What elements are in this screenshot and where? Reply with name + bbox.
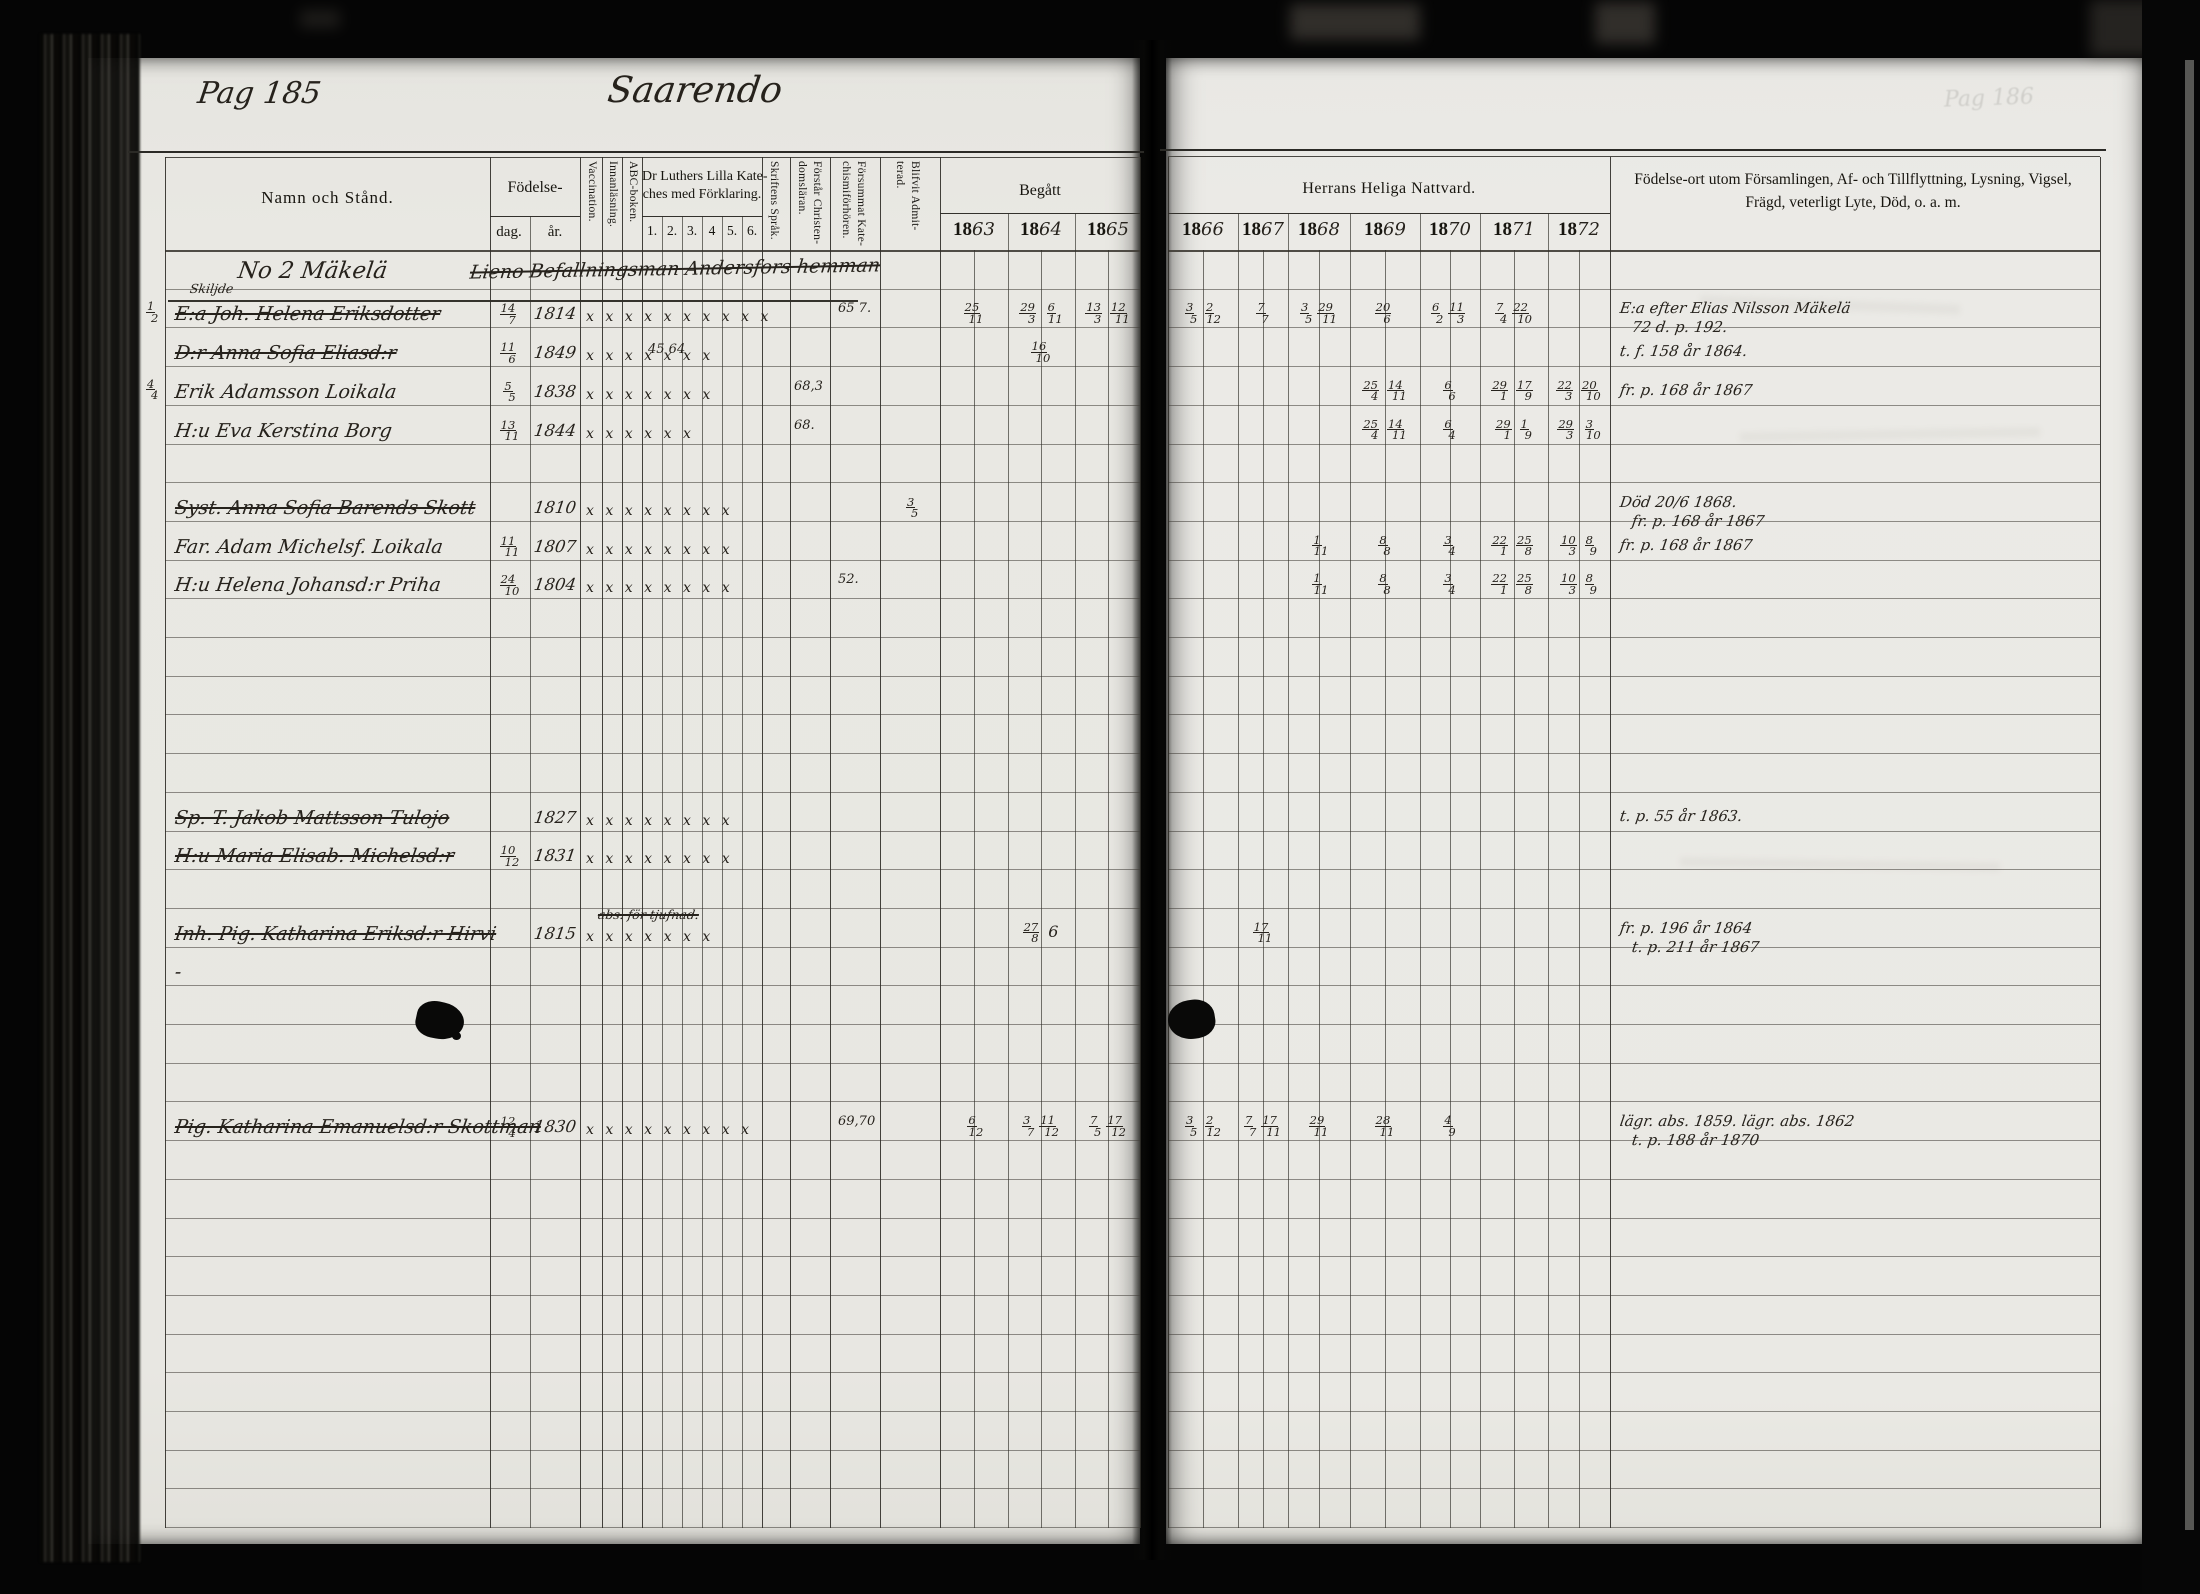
row-check-marks: xxxxxxxx [586, 503, 741, 519]
communion-cell-1872: 2232010 [1544, 380, 1614, 402]
row-check-marks: xxxxxx [586, 426, 702, 442]
row-birth-year: 1815 [533, 924, 578, 943]
communion-cell-1865: 751712 [1073, 1115, 1143, 1137]
rule-line [1168, 1508, 1610, 1509]
communion-cell-1871: 221258 [1479, 535, 1549, 557]
header-communion: Herrans Heliga Nattvard. [1168, 180, 1610, 198]
year-header: 1869 [1352, 219, 1418, 241]
row-birth-day: 116 [490, 342, 530, 364]
year-printed-prefix: 18 [1493, 219, 1512, 240]
rule-line [940, 889, 1140, 890]
rule-line [165, 985, 1140, 986]
year-header: 1864 [1008, 219, 1074, 241]
year-header: 1865 [1075, 219, 1141, 241]
rule-line [662, 216, 663, 1528]
row-name: Erik Adamsson Loikala [173, 381, 397, 403]
row-note: fr. p. 168 år 1867 [1619, 536, 1754, 554]
year-handwritten-suffix: 68 [1317, 219, 1340, 240]
communion-cell-1870: 34 [1415, 535, 1485, 557]
header-abc-book: ABC-boken. [625, 161, 640, 249]
rule-line [165, 157, 166, 1528]
rule-line [1168, 289, 2100, 290]
catechism-col-number: 3. [682, 223, 702, 239]
header-name-column: Namn och Stånd. [165, 188, 490, 208]
rule-line [1168, 598, 2100, 599]
rule-line [165, 1334, 1140, 1335]
row-birth-day: 1111 [490, 536, 530, 558]
year-handwritten-suffix: 65 [1106, 219, 1129, 240]
right-page [1166, 58, 2144, 1544]
rule-line [165, 1372, 1140, 1373]
rule-line [940, 618, 1140, 619]
rule-line [1350, 213, 1351, 1528]
row-birth-day: 1311 [490, 420, 530, 442]
rule-line [940, 734, 1140, 735]
rule-line [1168, 444, 2100, 445]
book-gutter [1132, 40, 1172, 1560]
scan-smudge [1595, 2, 1655, 44]
header-catechism: Dr Luthers Lilla Kate- ches med Förklari… [642, 168, 762, 204]
communion-cell-1871: 221258 [1479, 573, 1549, 595]
rule-line [940, 695, 1140, 696]
rule-line [165, 560, 1140, 561]
rule-line [165, 947, 1140, 948]
communion-cell-1872: 10389 [1544, 573, 1614, 595]
rule-line [1168, 1392, 1610, 1393]
rule-line [1168, 985, 2100, 986]
rule-line [940, 424, 1140, 425]
rule-line [580, 157, 581, 1528]
communion-cell-1869: 2811 [1350, 1115, 1420, 1137]
year-handwritten-suffix: 63 [972, 219, 995, 240]
rule-line [1168, 734, 1610, 735]
rule-line [1168, 1527, 2100, 1528]
rule-line [1168, 889, 1610, 890]
row-birth-day: 147 [490, 303, 530, 325]
group-heading: No 2 Mäkelä [236, 258, 389, 284]
rule-line [165, 869, 1140, 870]
rule-line [530, 216, 531, 1528]
rule-line [165, 1450, 1140, 1451]
rule-line [1168, 1334, 2100, 1335]
rule-line [165, 366, 1140, 367]
header-birth-year: år. [532, 224, 578, 241]
communion-cell-1870: 66 [1415, 380, 1485, 402]
rule-line [165, 598, 1140, 599]
rule-line [790, 157, 791, 1528]
rule-line [1168, 1082, 1610, 1083]
rule-line [940, 540, 1140, 541]
row-understands-year: 68,3 [794, 379, 823, 394]
rule-line [165, 1179, 1140, 1180]
rule-line [940, 1469, 1140, 1470]
village-title-script: Saarendo [605, 70, 785, 111]
rule-line [830, 157, 831, 1528]
rule-line [1168, 1411, 2100, 1412]
row-birth-year: 1831 [533, 846, 578, 865]
rule-line [1168, 250, 2100, 252]
rule-line [1168, 463, 1610, 464]
bleedthrough-page-number: Pag 186 [1944, 84, 2035, 112]
year-printed-prefix: 18 [1087, 219, 1106, 240]
row-note-line2: t. p. 188 år 1870 [1631, 1131, 1761, 1149]
year-printed-prefix: 18 [1429, 219, 1448, 240]
rule-line [1160, 149, 2106, 151]
year-handwritten-suffix: 67 [1261, 219, 1284, 240]
rule-line [1610, 157, 1611, 1528]
row-check-marks: xxxxxxxx [586, 542, 741, 558]
year-printed-prefix: 18 [953, 219, 972, 240]
row-check-marks: xxxxxxx [586, 387, 722, 403]
rule-line [1168, 753, 2100, 754]
rule-line [1385, 250, 1386, 1528]
rule-line [940, 1043, 1140, 1044]
rule-line [1263, 250, 1264, 1528]
row-name: Far. Adam Michelsf. Loikala [173, 536, 444, 558]
row-name: Inh. Pig. Katharina Eriksd:r Hirvi [173, 923, 497, 945]
row-birth-year: 1849 [533, 343, 578, 362]
rule-line [1203, 250, 1204, 1528]
rule-line [1238, 213, 1239, 1528]
rule-line [940, 269, 1140, 270]
rule-line [165, 1488, 1140, 1489]
communion-cell-1864: 293611 [1006, 302, 1076, 324]
header-admitted: Blifvit Admit- terad. [892, 161, 922, 249]
rule-line [1168, 1005, 1610, 1006]
year-printed-prefix: 18 [1242, 219, 1261, 240]
rule-line [1108, 250, 1109, 1528]
catechism-col-number: 1. [642, 223, 662, 239]
rule-line [1548, 213, 1549, 1528]
rule-line [1168, 502, 1610, 503]
row-birth-year: 1804 [533, 575, 578, 594]
rule-line [1168, 772, 1610, 773]
rule-line [165, 1218, 1140, 1219]
rule-line [940, 1430, 1140, 1431]
row-note: Död 20/6 1868. [1619, 493, 1738, 511]
rule-line [702, 216, 703, 1528]
year-printed-prefix: 18 [1298, 219, 1317, 240]
rule-line [940, 502, 1140, 503]
rule-line [1168, 1295, 2100, 1296]
rule-line [1168, 157, 1169, 1528]
communion-cell-1863: 612 [939, 1115, 1009, 1137]
rule-line [722, 216, 723, 1528]
row-neglected-note: 52. [838, 572, 859, 587]
rule-line [490, 216, 580, 217]
year-handwritten-suffix: 70 [1448, 219, 1471, 240]
rule-line [1168, 908, 2100, 909]
year-handwritten-suffix: 69 [1383, 219, 1406, 240]
year-printed-prefix: 18 [1020, 219, 1039, 240]
row-note-line2: fr. p. 168 år 1867 [1631, 512, 1766, 530]
rule-line [1168, 1063, 2100, 1064]
rule-line [165, 1024, 1140, 1025]
rule-line [165, 444, 1140, 445]
rule-line [165, 250, 1140, 252]
rule-line [1008, 213, 1009, 1528]
rule-line [940, 213, 1140, 214]
rule-line [165, 1527, 1140, 1528]
rule-line [165, 714, 1140, 715]
ink-speck [452, 1032, 461, 1040]
rule-line [682, 216, 683, 1528]
communion-cell-1867: 1711 [1228, 922, 1298, 944]
communion-cell-1869: 88 [1350, 535, 1420, 557]
rule-line [742, 216, 743, 1528]
year-printed-prefix: 18 [1182, 219, 1201, 240]
header-vaccination: Vaccination. [584, 161, 599, 249]
rule-line [940, 157, 941, 1528]
rule-line [1420, 213, 1421, 1528]
scan-edge-strip [2185, 60, 2194, 1530]
year-handwritten-suffix: 71 [1512, 219, 1535, 240]
row-extra-mark: 45 64 [648, 342, 685, 357]
rule-line [1168, 156, 2100, 157]
rule-line [1168, 347, 1610, 348]
row-name: Pig. Katharina Emanuelsd:r Skottman [173, 1116, 542, 1138]
rule-line [940, 1159, 1140, 1160]
page-stack-edge [40, 34, 140, 1562]
rule-line [165, 1295, 1140, 1296]
year-header: 1863 [941, 219, 1007, 241]
rule-line [1168, 1372, 2100, 1373]
rule-line [1168, 656, 1610, 657]
rule-line [1168, 1043, 1610, 1044]
header-birth-day: dag. [488, 224, 530, 241]
row-understands-year: 68. [794, 418, 815, 433]
communion-cell-1864: 2786 [1006, 922, 1076, 944]
row-prefix: Skiljde [189, 281, 235, 296]
margin-mark: 12 [144, 301, 174, 323]
rule-line [165, 637, 1140, 638]
header-birth: Födelse- [490, 179, 580, 197]
row-neglected-note: 65 7. [838, 301, 871, 316]
rule-line [1041, 250, 1042, 1528]
communion-cell-1870: 64 [1415, 419, 1485, 441]
row-note-line2: t. p. 211 år 1867 [1631, 938, 1761, 956]
rule-line [940, 772, 1140, 773]
rule-line [1168, 1469, 1610, 1470]
scan-smudge [300, 10, 340, 28]
row-note: E:a efter Elias Nilsson Mäkelä [1619, 299, 1852, 317]
rule-line [165, 1101, 1140, 1102]
rule-line [1168, 869, 2100, 870]
rule-line [1514, 250, 1515, 1528]
rule-line [165, 1140, 1140, 1141]
communion-cell-1868: 2911 [1284, 1115, 1354, 1137]
rule-line [1168, 1353, 1610, 1354]
row-note: fr. p. 168 år 1867 [1619, 381, 1754, 399]
rule-line [1140, 157, 1141, 1528]
scan-smudge [1290, 4, 1420, 40]
year-header: 1868 [1286, 219, 1352, 241]
rule-line [165, 327, 1140, 328]
rule-line [1168, 618, 1610, 619]
rule-line [165, 676, 1140, 677]
rule-line [940, 850, 1140, 851]
rule-line [940, 1508, 1140, 1509]
rule-line [165, 521, 1140, 522]
rule-line [974, 250, 975, 1528]
rule-line [940, 1198, 1140, 1199]
communion-cell-1864: 1610 [1006, 341, 1076, 363]
communion-cell-1869: 88 [1350, 573, 1420, 595]
communion-cell-1872: 293310 [1544, 419, 1614, 441]
row-note-line2: 72 d. p. 192. [1631, 318, 1729, 336]
rule-line [1168, 1314, 1610, 1315]
row-birth-year: 1810 [533, 498, 578, 517]
header-begatt: Begått [940, 182, 1140, 200]
row-note: t. f. 158 år 1864. [1619, 342, 1749, 360]
row-name: H:u Helena Johansd:r Priha [173, 574, 442, 596]
rule-line [940, 966, 1140, 967]
rule-line [940, 811, 1140, 812]
row-check-marks: xxxxxxx [586, 929, 722, 945]
rule-line [1168, 213, 1610, 214]
header-reading: Innanläsning. [605, 161, 620, 249]
rule-line [128, 151, 1144, 153]
rule-line [940, 1314, 1140, 1315]
row-birth-day: 1012 [490, 845, 530, 867]
communion-cell-1868: 111 [1284, 573, 1354, 595]
rule-line [1168, 1101, 2100, 1102]
rule-line [165, 289, 1140, 290]
row-name: D:r Anna Sofia Eliasd:r [173, 342, 398, 364]
communion-cell-1869: 2541411 [1350, 419, 1420, 441]
rule-line [165, 753, 1140, 754]
year-printed-prefix: 18 [1558, 219, 1577, 240]
communion-cell-1869: 2541411 [1350, 380, 1420, 402]
rule-line [1168, 1198, 1610, 1199]
rule-line [1480, 213, 1481, 1528]
rule-line [1168, 792, 2100, 793]
row-check-marks: xxxxxxxxx [586, 1122, 761, 1138]
rule-line [880, 157, 881, 1528]
rule-line [1168, 482, 2100, 483]
rule-line [1168, 1430, 1610, 1431]
rule-line [940, 1353, 1140, 1354]
rule-line [1168, 366, 2100, 367]
communion-cell-1864: 371112 [1006, 1115, 1076, 1137]
row-check-marks: xxxxxxxx [586, 580, 741, 596]
communion-cell-1869: 206 [1350, 302, 1420, 324]
communion-cell-1871: 29119 [1479, 419, 1549, 441]
rule-line [1168, 560, 2100, 561]
row-birth-day: 2410 [490, 574, 530, 596]
rule-line [1168, 966, 1610, 967]
row-check-marks: xxxxxxxx [586, 851, 741, 867]
rule-line [940, 1276, 1140, 1277]
header-notes-column: Födelse-ort utom Församlingen, Af- och T… [1616, 168, 2090, 214]
rule-line [165, 792, 1140, 793]
rule-line [1168, 831, 2100, 832]
year-printed-prefix: 18 [1364, 219, 1383, 240]
catechism-col-number: 2. [662, 223, 682, 239]
communion-cell-1865: 1331211 [1073, 302, 1143, 324]
rule-line [165, 1256, 1140, 1257]
row-birth-year: 1844 [533, 421, 578, 440]
rule-line [1168, 1159, 1610, 1160]
rule-line [1168, 850, 1610, 851]
row-birth-year: 1814 [533, 304, 578, 323]
rule-line [165, 831, 1140, 832]
rule-line [940, 1005, 1140, 1006]
rule-line [1579, 250, 1580, 1528]
rule-line [1319, 250, 1320, 1528]
rule-line [1168, 714, 2100, 715]
rule-line [1168, 1237, 1610, 1238]
rule-line [1168, 1024, 2100, 1025]
rule-line [165, 157, 1140, 158]
communion-cell-1872: 10389 [1544, 535, 1614, 557]
row-birth-year: 1807 [533, 537, 578, 556]
rule-line [940, 1392, 1140, 1393]
header-neglected-catechism: Försummat Kate- chismiförhören. [838, 161, 868, 249]
row-birth-year: 1827 [533, 808, 578, 827]
rule-line [1168, 637, 2100, 638]
rule-line [2100, 157, 2101, 1528]
rule-line [1168, 1276, 1610, 1277]
row-note: fr. p. 196 år 1864 [1619, 919, 1754, 937]
rule-line [1075, 213, 1076, 1528]
rule-line [940, 579, 1140, 580]
communion-cell-1871: 291179 [1479, 380, 1549, 402]
header-script-language: Skriftens Språk. [766, 161, 781, 249]
year-handwritten-suffix: 72 [1577, 219, 1600, 240]
rule-line [165, 1063, 1140, 1064]
year-header: 1871 [1481, 219, 1547, 241]
row-name: Sp. T. Jakob Mattsson Tulojo [173, 807, 450, 829]
row-name: H:u Maria Elisab. Michelsd:r [173, 845, 455, 867]
row-birth-day: 55 [490, 381, 530, 403]
rule-line [940, 656, 1140, 657]
communion-cell-1868: 111 [1284, 535, 1354, 557]
rule-line [1288, 213, 1289, 1528]
row-birth-year: 1830 [533, 1117, 578, 1136]
rule-line [1168, 1218, 2100, 1219]
row-birth-day: 124 [490, 1116, 530, 1138]
year-header: 1872 [1546, 219, 1612, 241]
row-catechism-note: abs. för tjufnad. [597, 907, 700, 922]
header-understands-christianity: Förstår Christen- domsläran. [794, 161, 824, 249]
row-neglected-note: 69,70 [838, 1114, 875, 1129]
communion-cell-1871: 742210 [1479, 302, 1549, 324]
row-name: H:u Eva Kerstina Borg [173, 420, 393, 442]
rule-line [1168, 695, 1610, 696]
communion-cell-1870: 34 [1415, 573, 1485, 595]
row-note: t. p. 55 år 1863. [1619, 807, 1744, 825]
rule-line [1168, 1450, 2100, 1451]
rule-line [165, 482, 1140, 483]
communion-cell-1870: 49 [1415, 1115, 1485, 1137]
row-check-marks: xxxxxxxxxx [586, 309, 780, 325]
rule-line [165, 405, 1140, 406]
rule-line [1168, 1256, 2100, 1257]
year-header: 1866 [1170, 219, 1236, 241]
row-birth-year: 1838 [533, 382, 578, 401]
row-note: lägr. abs. 1859. lägr. abs. 1862 [1619, 1112, 1856, 1130]
rule-line [1168, 405, 2100, 406]
rule-line [1168, 269, 1610, 270]
rule-line [165, 1411, 1140, 1412]
row-admitted-date: 35 [904, 497, 921, 519]
catechism-col-number: 5. [722, 223, 742, 239]
rule-line [1168, 676, 2100, 677]
year-handwritten-suffix: 66 [1201, 219, 1224, 240]
year-header: 1870 [1417, 219, 1483, 241]
row-name: Syst. Anna Sofia Barends Skott [173, 497, 476, 519]
